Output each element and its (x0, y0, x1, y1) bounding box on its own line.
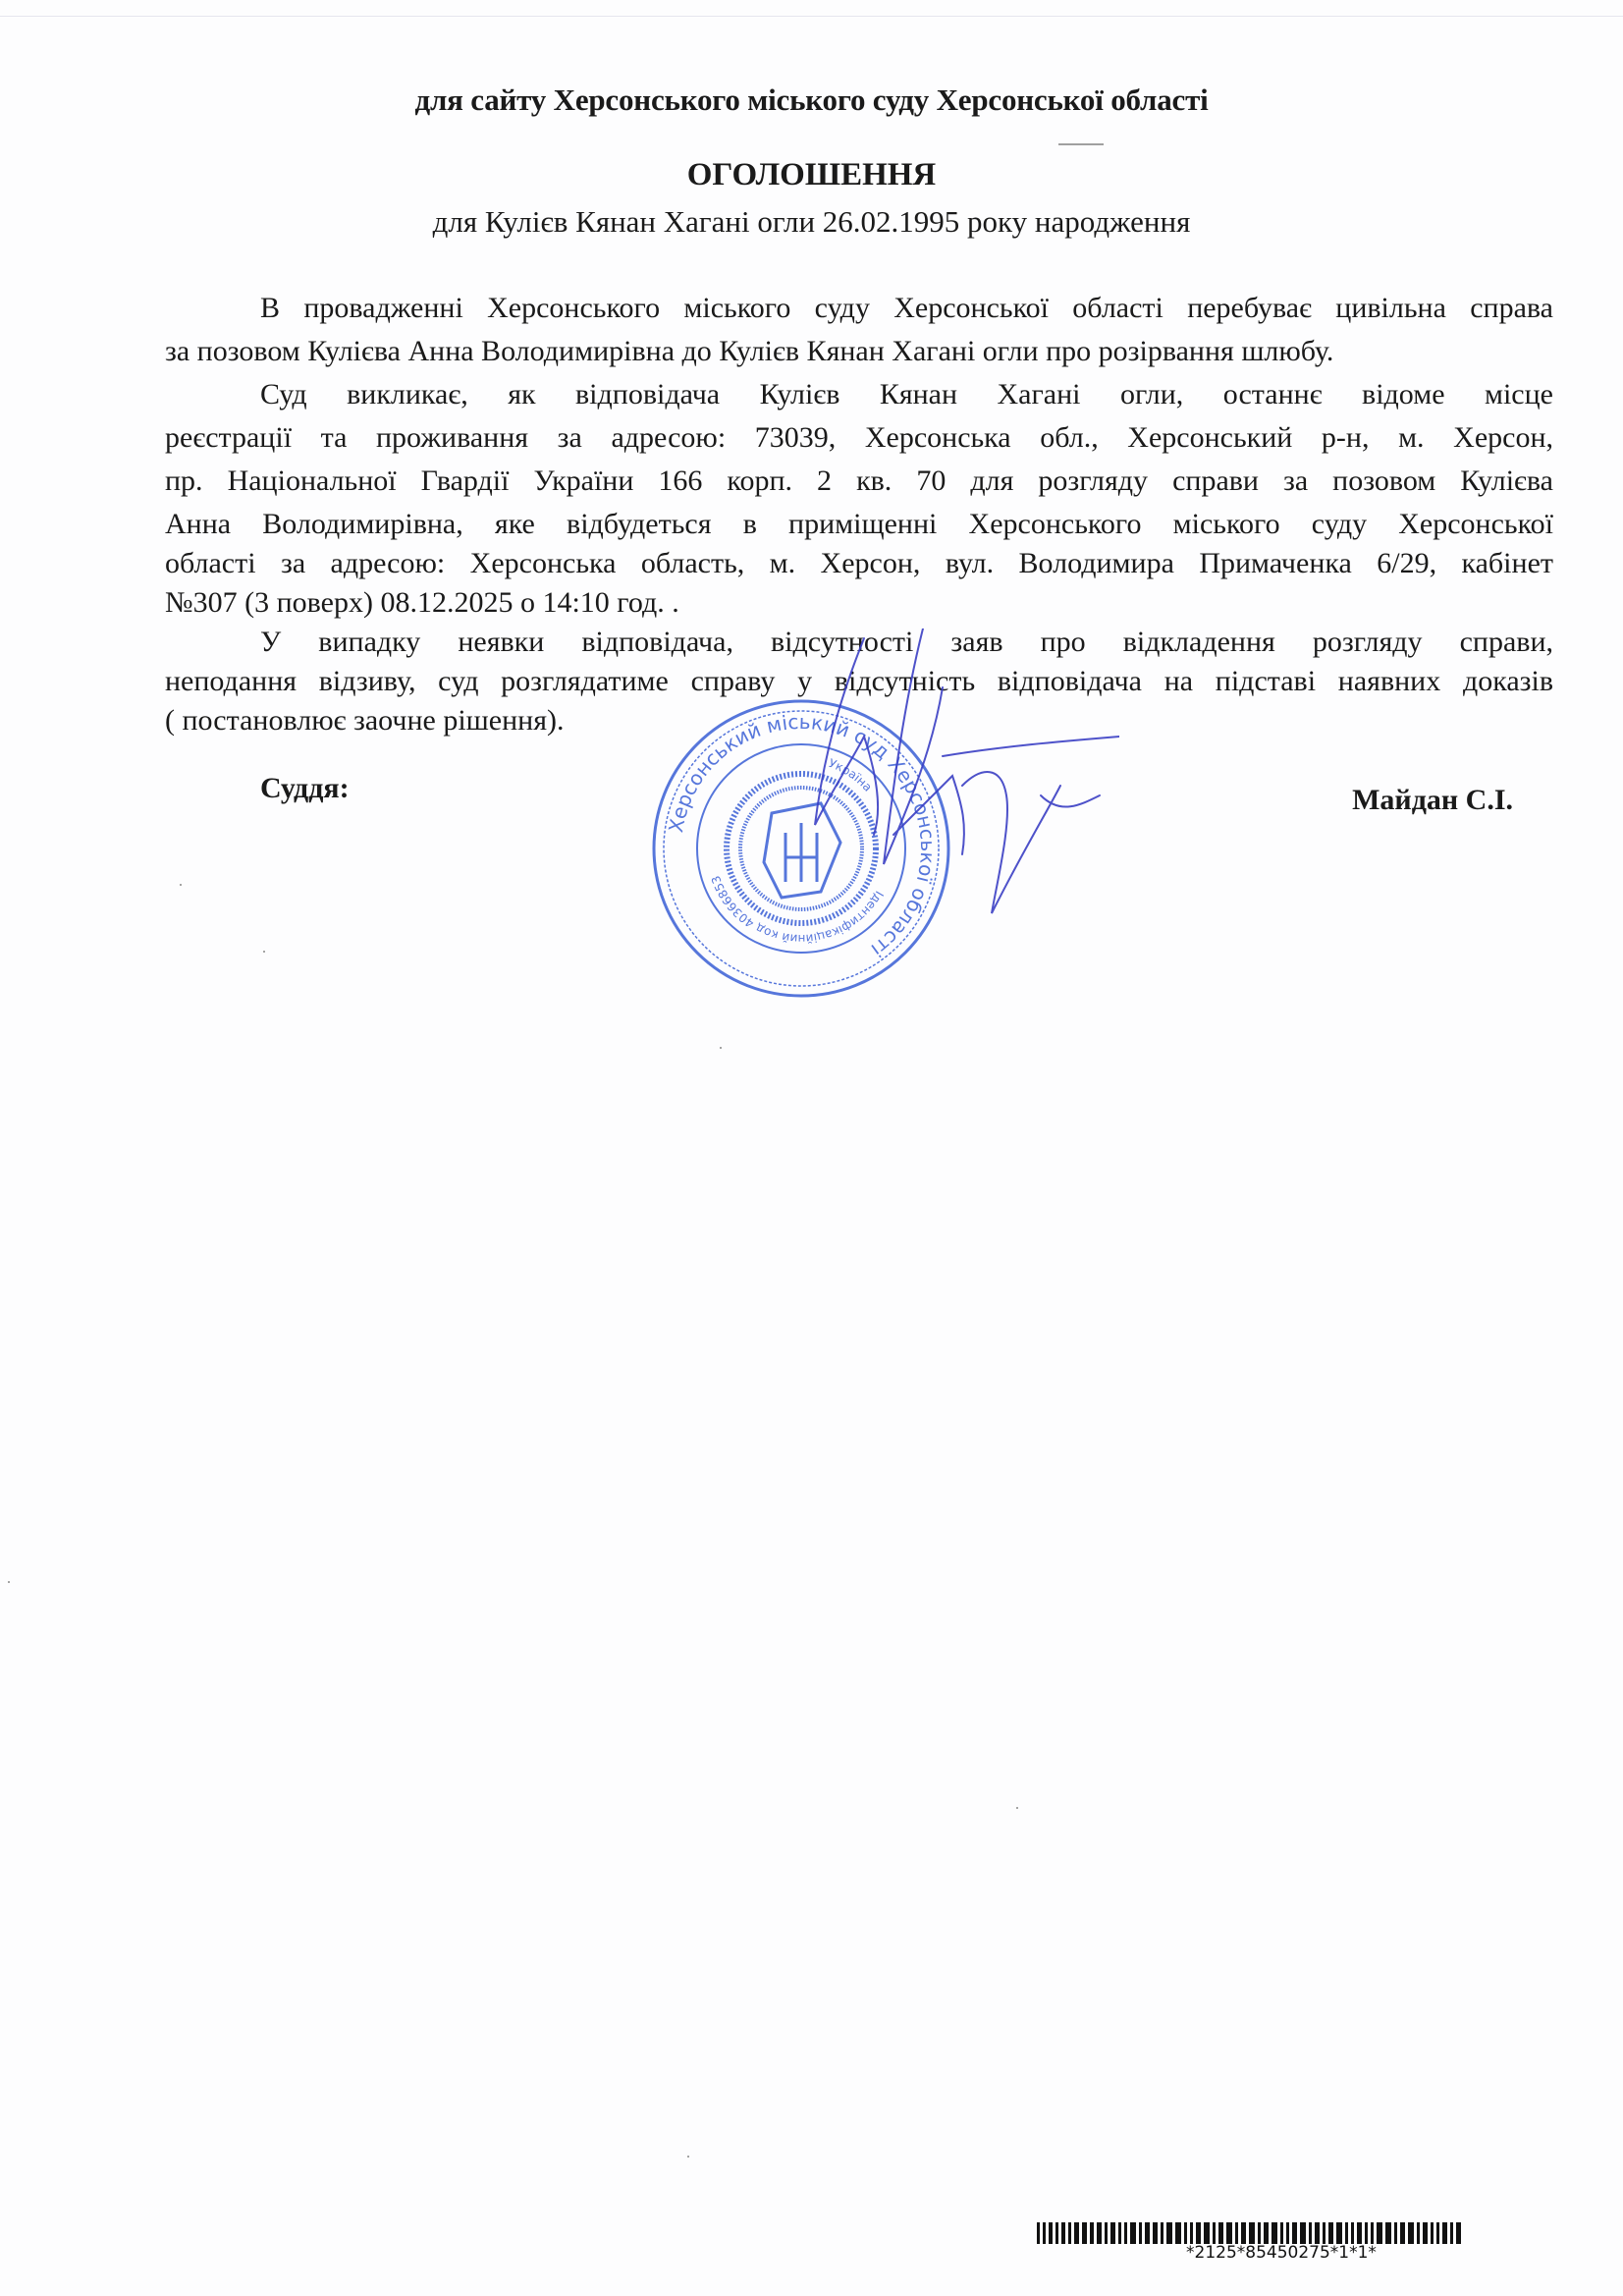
judge-name: Майдан С.І. (1352, 784, 1513, 817)
scan-speck (8, 1581, 10, 1583)
paragraph-1-line-1: В провадженні Херсонського міського суду… (260, 291, 1553, 326)
scan-mark (1058, 143, 1104, 145)
scan-speck (720, 1047, 722, 1049)
scan-speck (687, 2156, 689, 2158)
paragraph-2-line-4: Анна Володимирівна, яке відбудеться в пр… (165, 507, 1553, 542)
document-title: ОГОЛОШЕННЯ (0, 157, 1623, 192)
scan-speck (180, 884, 182, 886)
paragraph-2-line-1: Суд викликає, як відповідача Кулієв Кяна… (260, 377, 1553, 412)
scan-speck (1016, 1807, 1018, 1809)
document-header: для сайту Херсонського міського суду Хер… (0, 82, 1623, 118)
barcode-number: *2125*85450275*1*1* (1186, 2243, 1377, 2263)
judge-label: Суддя: (260, 772, 350, 805)
paragraph-2-line-5: області за адресою: Херсонська область, … (165, 546, 1553, 581)
scanned-page: для сайту Херсонського міського суду Хер… (0, 0, 1623, 2296)
document-subtitle: для Кулієв Кянан Хагані огли 26.02.1995 … (0, 204, 1623, 240)
paragraph-2-line-3: пр. Національної Гвардії України 166 кор… (165, 464, 1553, 499)
scan-edge-line (0, 16, 1623, 17)
scan-speck (263, 951, 265, 953)
paragraph-2-line-6: №307 (3 поверх) 08.12.2025 о 14:10 год. … (165, 585, 1553, 621)
document-barcode (1037, 2222, 1538, 2244)
paragraph-1-line-2: за позовом Кулієва Анна Володимирівна до… (165, 334, 1553, 369)
paragraph-2-line-2: реєстрації та проживання за адресою: 730… (165, 420, 1553, 456)
judge-signature (805, 629, 1119, 923)
